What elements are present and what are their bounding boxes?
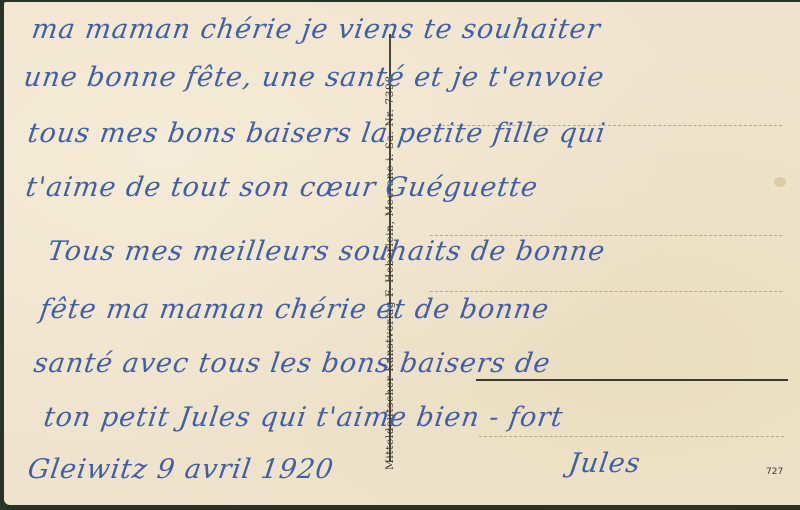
message-line-6: fête ma maman chérie et de bonne	[38, 294, 552, 325]
address-line-4	[479, 436, 784, 437]
card-number: 727	[766, 467, 783, 477]
message-line-7: santé avec tous les bons baisers de	[32, 348, 553, 379]
paper-stain	[774, 177, 786, 187]
signature: Jules	[567, 448, 643, 479]
message-line-8: ton petit Jules qui t'aime bien - fort	[42, 402, 566, 433]
message-line-3: tous mes bons baisers la petite fille qu…	[26, 118, 608, 149]
place-date-line: Gleiwitz 9 avril 1920	[26, 454, 336, 485]
message-line-4: t'aime de tout son cœur Guéguette	[24, 172, 540, 203]
message-line-5: Tous mes meilleurs souhaits de bonne	[46, 236, 608, 267]
address-underline	[476, 379, 788, 381]
address-line-3	[430, 291, 782, 292]
postcard-back: Mitteldeutscher Kunstverlag F. Heberlein…	[4, 2, 800, 505]
message-line-2: une bonne fête, une santé et je t'envoie	[22, 62, 607, 93]
message-line-1: ma maman chérie je viens te souhaiter	[30, 14, 603, 45]
